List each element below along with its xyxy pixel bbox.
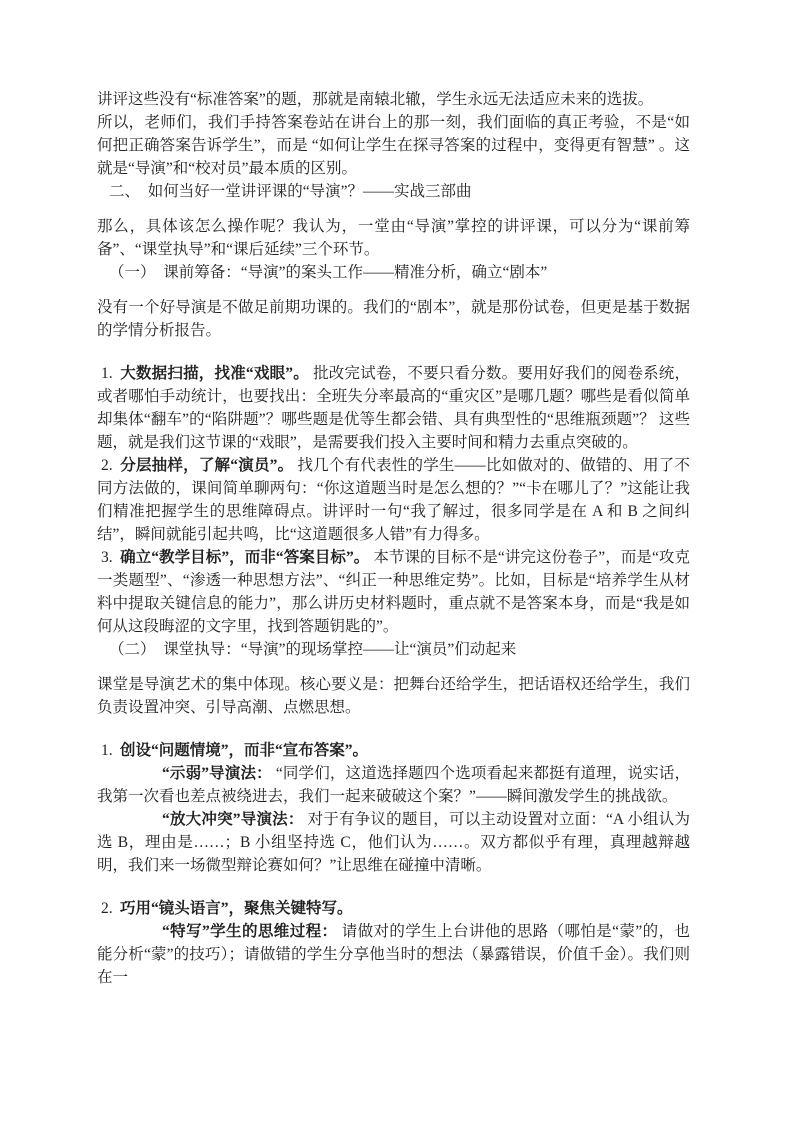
text-run: （一） 课前筹备：“导演”的案头工作——精准分析，确立“剧本” [109,264,547,281]
paragraph: 所以，老师们，我们手持答案卷站在讲台上的那一刻，我们面临的真正考验，不是“如何把… [97,111,690,180]
bold-text-run: “示弱”导演法： [162,765,272,782]
bold-text-run: 创设“问题情境”，而非“宣布答案”。 [120,742,368,759]
document-page: 讲评这些没有“标准答案”的题，那就是南辕北辙，学生永远无法适应未来的选拔。所以，… [0,0,793,1122]
numbered-item: 3.确立“教学目标”，而非“答案目标”。 本节课的目标不是“讲完这份卷子”，而是… [97,546,690,638]
list-number: 3. [97,546,120,569]
list-number: 1. [97,739,120,762]
list-number: 1. [97,362,120,385]
bold-text-run: 大数据扫描，找准“戏眼”。 [120,365,309,382]
paragraph: 没有一个好导演是不做足前期功课的。我们的“剧本”，就是那份试卷，但更是基于数据的… [97,296,690,342]
bold-text-run: “放大冲突”导演法： [162,811,304,828]
bold-text-run: 分层抽样，了解“演员”。 [120,457,293,474]
text-run: 所以，老师们，我们手持答案卷站在讲台上的那一刻，我们面临的真正考验，不是“如何把… [97,114,690,177]
bold-text-run: 确立“教学目标”，而非“答案目标”。 [120,549,369,566]
numbered-item: 2.分层抽样，了解“演员”。 找几个有代表性的学生——比如做对的、做错的、用了不… [97,454,690,546]
text-run: 那么，具体该怎么操作呢？我认为，一堂由“导演”掌控的讲评课，可以分为“课前筹备”… [97,218,690,258]
text-run: 讲评这些没有“标准答案”的题，那就是南辕北辙，学生永远无法适应未来的选拔。 [97,91,653,108]
paragraph: 课堂是导演艺术的集中体现。核心要义是：把舞台还给学生，把话语权还给学生，我们负责… [97,673,690,719]
text-run: 没有一个好导演是不做足前期功课的。我们的“剧本”，就是那份试卷，但更是基于数据的… [97,299,690,339]
section-heading: （二） 课堂执导：“导演”的现场掌控——让“演员”们动起来 [97,638,690,661]
numbered-item: 1.大数据扫描，找准“戏眼”。 批改完试卷，不要只看分数。要用好我们的阅卷系统，… [97,362,690,454]
indented-paragraph: “放大冲突”导演法： 对于有争议的题目，可以主动设置对立面：“A 小组认为选 B… [97,808,690,877]
paragraph: 讲评这些没有“标准答案”的题，那就是南辕北辙，学生永远无法适应未来的选拔。 [97,88,690,111]
text-run: 二、 如何当好一堂讲评课的“导演”？——实战三部曲 [109,183,472,200]
text-run: 课堂是导演艺术的集中体现。核心要义是：把舞台还给学生，把话语权还给学生，我们负责… [97,676,690,716]
bold-text-run: 巧用“镜头语言”，聚焦关键特写。 [120,900,353,917]
indented-paragraph: “特写”学生的思维过程： 请做对的学生上台讲他的思路（哪怕是“蒙”的，也能分析“… [97,920,690,989]
section-heading: 二、 如何当好一堂讲评课的“导演”？——实战三部曲 [97,180,690,203]
numbered-item: 1.创设“问题情境”，而非“宣布答案”。 [97,739,690,762]
list-number: 2. [97,454,120,477]
list-number: 2. [97,897,120,920]
paragraph: 那么，具体该怎么操作呢？我认为，一堂由“导演”掌控的讲评课，可以分为“课前筹备”… [97,215,690,261]
bold-text-run: “特写”学生的思维过程： [162,923,337,940]
section-heading: （一） 课前筹备：“导演”的案头工作——精准分析，确立“剧本” [97,261,690,284]
numbered-item: 2.巧用“镜头语言”，聚焦关键特写。 [97,897,690,920]
text-run: （二） 课堂执导：“导演”的现场掌控——让“演员”们动起来 [109,641,516,658]
indented-paragraph: “示弱”导演法： “同学们，这道选择题四个选项看起来都挺有道理，说实话，我第一次… [97,762,690,808]
